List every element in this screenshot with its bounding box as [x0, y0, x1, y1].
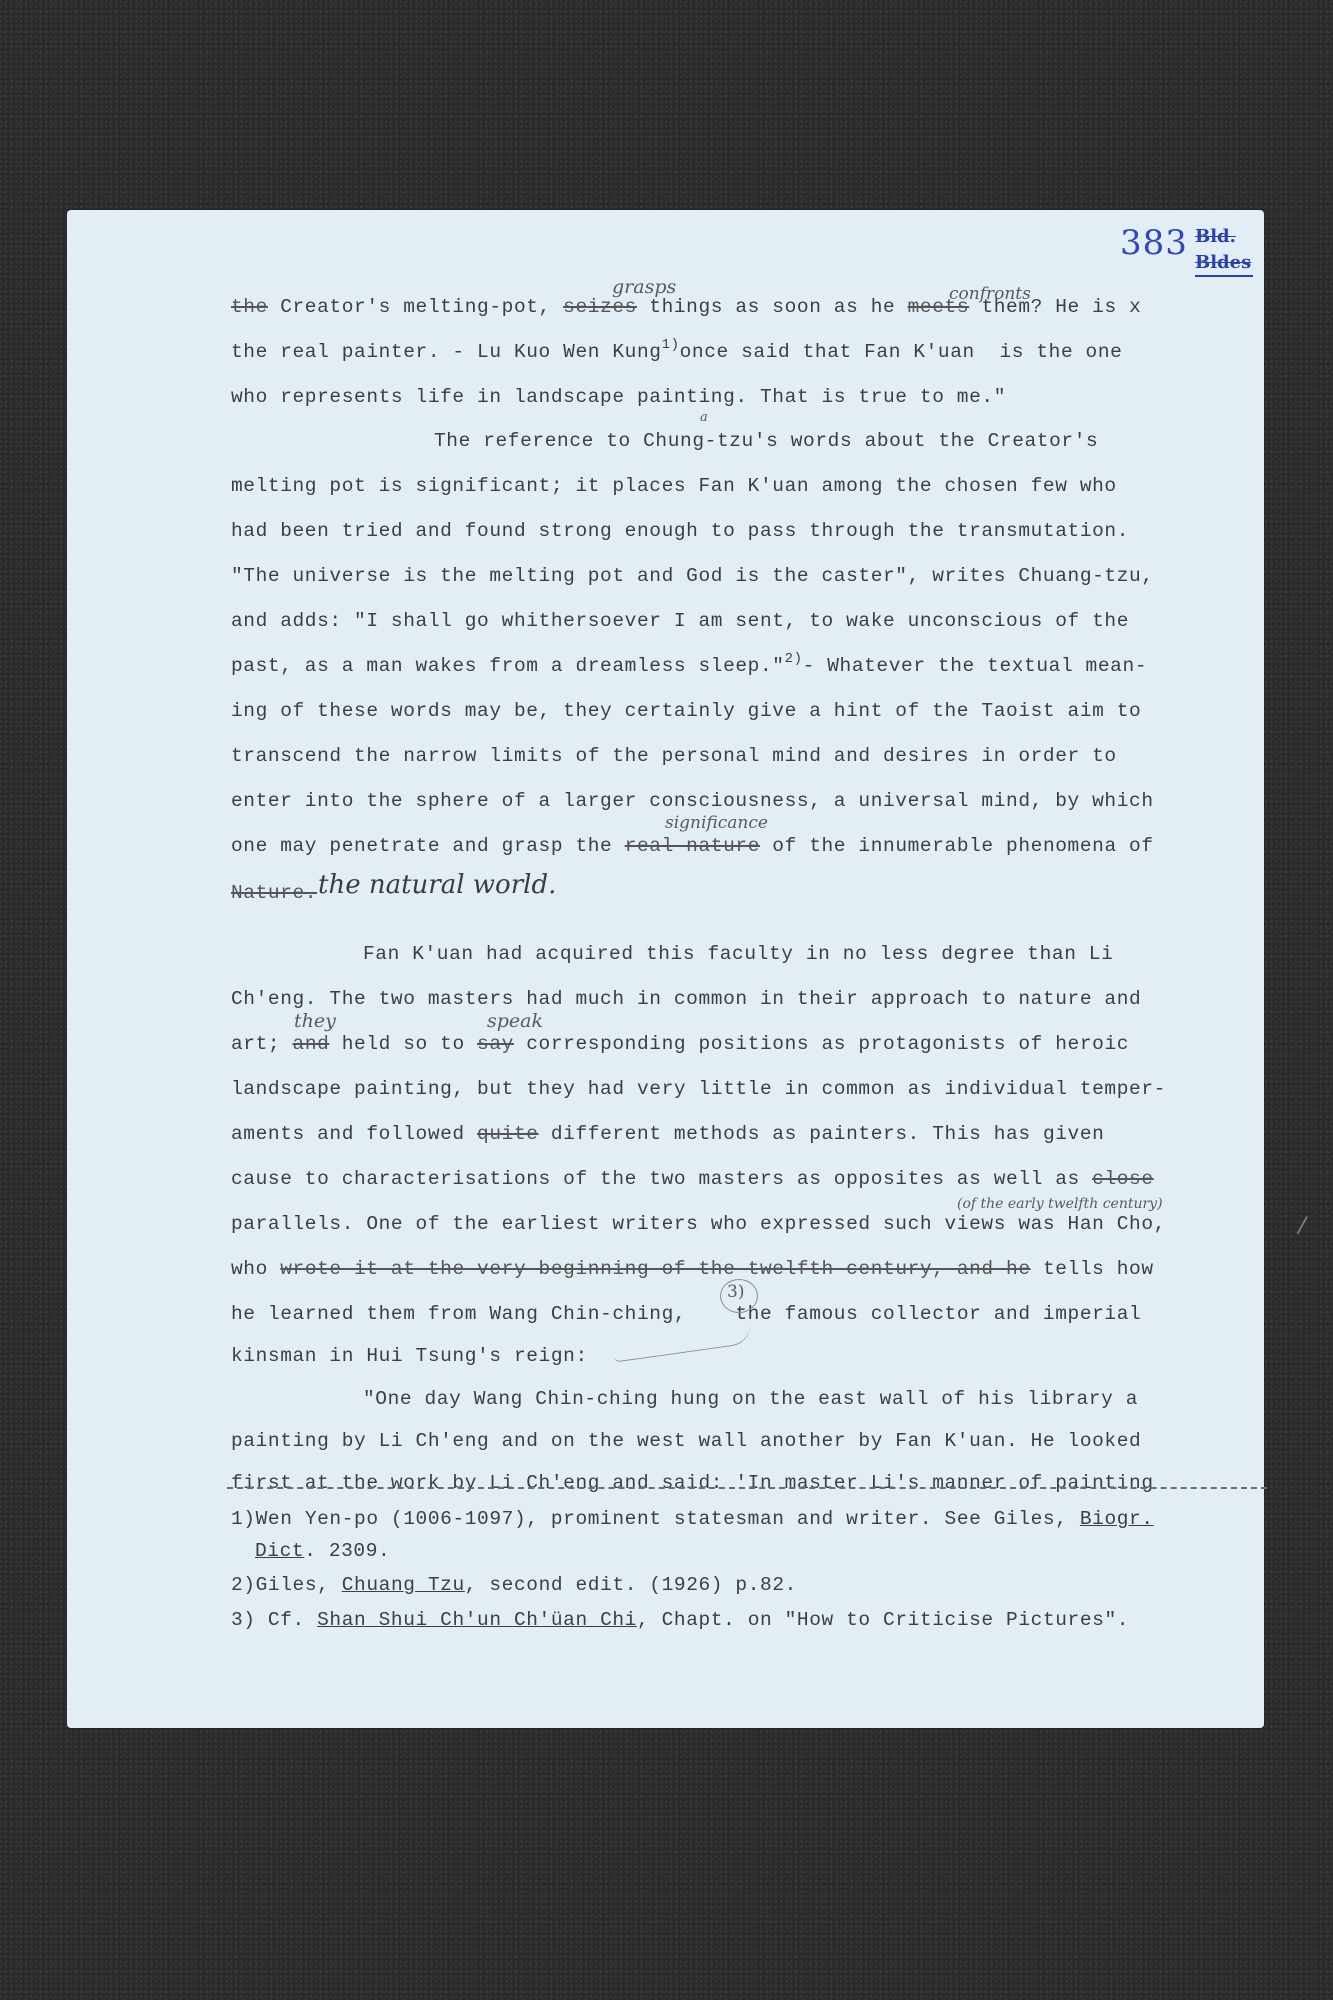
text-line: ing of these words may be, they certainl… [231, 700, 1141, 722]
handwritten-arrow-line [611, 1322, 753, 1362]
text-line: and adds: "I shall go whithersoever I am… [231, 610, 1129, 632]
footnote-2: 2)Giles, Chuang Tzu, second edit. (1926)… [231, 1574, 797, 1596]
handwritten-correction: the natural world. [318, 870, 556, 900]
text-line: parallels. One of the earliest writers w… [231, 1213, 1166, 1235]
handwritten-correction: confronts [949, 284, 1031, 304]
text-line: painting by Li Ch'eng and on the west wa… [231, 1430, 1141, 1452]
text-line: who represents life in landscape paintin… [231, 386, 1006, 408]
text-line: Ch'eng. The two masters had much in comm… [231, 988, 1141, 1010]
handwritten-correction: a [700, 410, 708, 425]
handwritten-correction: significance [665, 813, 768, 833]
text-line: he learned them from Wang Chin-ching, th… [231, 1303, 1141, 1325]
footnote-3: 3) Cf. Shan Shui Ch'un Ch'üan Chi, Chapt… [231, 1609, 1129, 1631]
text-line: first at the work by Li Ch'eng and said:… [231, 1472, 1154, 1494]
text-line: who wrote it at the very beginning of th… [231, 1258, 1154, 1280]
text-line: Nature. [231, 882, 317, 904]
text-line: cause to characterisations of the two ma… [231, 1168, 1154, 1190]
handwritten-correction: they [294, 1010, 336, 1032]
handwritten-correction: grasps [612, 276, 676, 298]
text-line: aments and followed quite different meth… [231, 1123, 1104, 1145]
manuscript-page: 383 Bld. Bldes the Creator's melting-pot… [67, 210, 1264, 1728]
text-line: the real painter. - Lu Kuo Wen Kung1)onc… [231, 341, 1122, 363]
text-line: transcend the narrow limits of the perso… [231, 745, 1117, 767]
insertion-mark: / [1295, 1215, 1309, 1242]
corner-mark-struck: Bldes [1195, 252, 1253, 277]
text-line: past, as a man wakes from a dreamless sl… [231, 655, 1147, 677]
text-line: had been tried and found strong enough t… [231, 520, 1129, 542]
footnote-1: 1)Wen Yen-po (1006-1097), prominent stat… [231, 1508, 1154, 1530]
text-line: enter into the sphere of a larger consci… [231, 790, 1154, 812]
text-line: kinsman in Hui Tsung's reign: [231, 1345, 588, 1367]
handwritten-circle [720, 1279, 758, 1313]
footnote-1-continued: Dict. 2309. [255, 1540, 390, 1562]
text-line: one may penetrate and grasp the real nat… [231, 835, 1154, 857]
corner-mark-struck: Bld. [1195, 226, 1236, 247]
text-line: "One day Wang Chin-ching hung on the eas… [363, 1388, 1138, 1410]
footnote-separator [227, 1487, 1267, 1489]
text-line: The reference to Chung-tzu's words about… [434, 430, 1098, 452]
text-line: Fan K'uan had acquired this faculty in n… [363, 943, 1113, 965]
page-number: 383 [1120, 223, 1188, 263]
handwritten-insertion: (of the early twelfth century) [957, 1196, 1163, 1212]
text-line: "The universe is the melting pot and God… [231, 565, 1154, 587]
handwritten-correction: speak [487, 1010, 543, 1032]
text-line: landscape painting, but they had very li… [231, 1078, 1166, 1100]
text-line: melting pot is significant; it places Fa… [231, 475, 1117, 497]
text-line: art; and held so to say corresponding po… [231, 1033, 1129, 1055]
